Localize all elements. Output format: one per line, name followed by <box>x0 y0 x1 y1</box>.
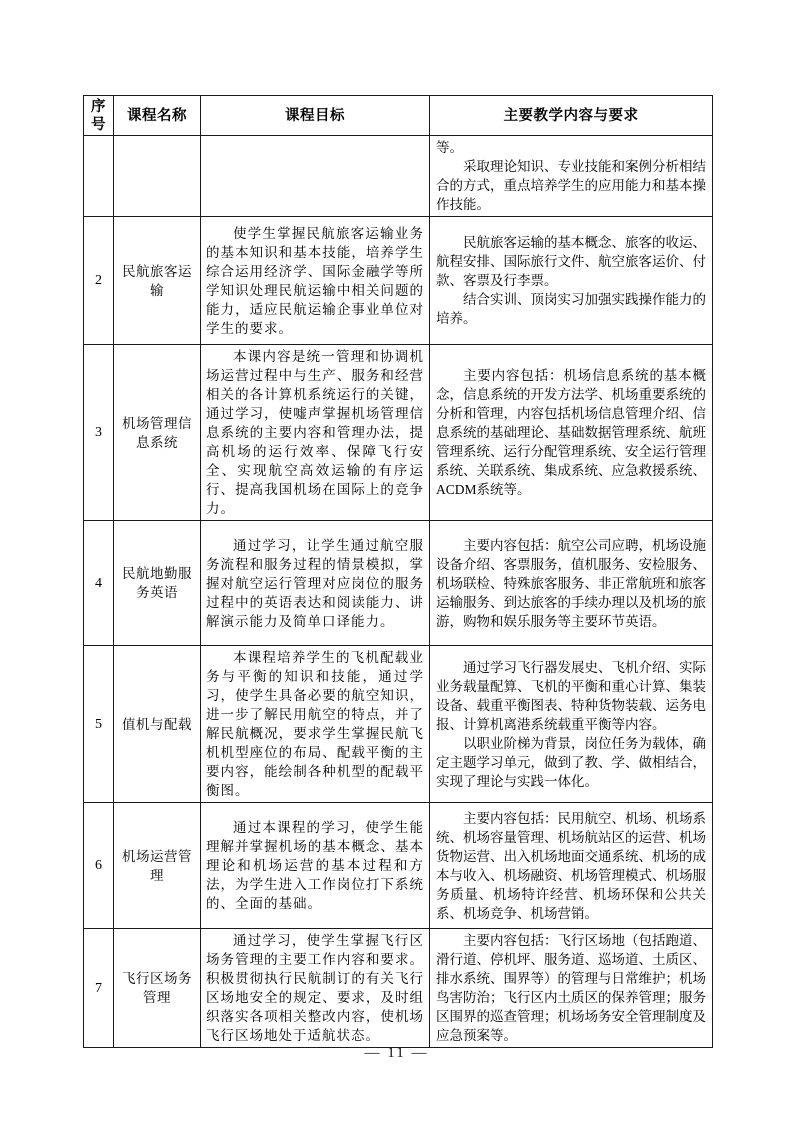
course-table: 序号 课程名称 课程目标 主要教学内容与要求 等。采取理论知识、专业技能和案例分… <box>83 95 713 1048</box>
table-row: 3机场管理信息系统本课内容是统一管理和协调机场运营过程中与生产、服务和经营相关的… <box>84 345 713 521</box>
cell-serial-number: 2 <box>84 217 114 345</box>
content-paragraph: 主要内容包括：民用航空、机场、机场系统、机场容量管理、机场航站区的运营、机场货物… <box>436 809 706 923</box>
table-row: 4民航地勤服务英语通过学习，让学生通过航空服务流程和服务过程的情景模拟，掌握对航… <box>84 521 713 646</box>
content-paragraph: 主要内容包括：飞行区场地（包括跑道、滑行道、停机坪、服务道、巡场道、土质区、排水… <box>436 931 706 1045</box>
cell-teaching-content: 通过学习飞行器发展史、飞机介绍、实际业务载量配算、飞机的平衡和重心计算、集装设备… <box>430 646 713 803</box>
objective-paragraph: 通过学习，使学生掌握飞行区场务管理的主要工作内容和要求。积极贯彻执行民航制订的有… <box>206 931 424 1045</box>
content-paragraph: 采取理论知识、专业技能和案例分析相结合的方式，重点培养学生的应用能力和基本操作技… <box>436 157 706 214</box>
cell-teaching-content: 主要内容包括：航空公司应聘，机场设施设备介绍、客票服务，值机服务、安检服务、机场… <box>430 521 713 646</box>
cell-course-name: 机场运营管理 <box>114 803 201 929</box>
objective-paragraph: 通过学习，让学生通过航空服务流程和服务过程的情景模拟，掌握对航空运行管理对应岗位… <box>206 536 424 631</box>
cell-course-objective: 通过学习，使学生掌握飞行区场务管理的主要工作内容和要求。积极贯彻执行民航制订的有… <box>201 929 430 1048</box>
content-paragraph: 主要内容包括：航空公司应聘，机场设施设备介绍、客票服务，值机服务、安检服务、机场… <box>436 536 706 631</box>
content-paragraph: 等。 <box>436 138 706 157</box>
cell-course-name: 机场管理信息系统 <box>114 345 201 521</box>
cell-course-objective: 本课内容是统一管理和协调机场运营过程中与生产、服务和经营相关的各计算机系统运行的… <box>201 345 430 521</box>
cell-serial-number: 7 <box>84 929 114 1048</box>
cell-teaching-content: 主要内容包括：民用航空、机场、机场系统、机场容量管理、机场航站区的运营、机场货物… <box>430 803 713 929</box>
cell-course-objective: 通过本课程的学习，使学生能理解并掌握机场的基本概念、基本理论和机场运营的基本过程… <box>201 803 430 929</box>
document-page: 序号 课程名称 课程目标 主要教学内容与要求 等。采取理论知识、专业技能和案例分… <box>0 0 793 1122</box>
header-course-name: 课程名称 <box>114 96 201 136</box>
objective-paragraph: 本课程培养学生的飞机配载业务与平衡的知识和技能，通过学习，使学生具备必要的航空知… <box>206 648 424 800</box>
header-serial-number: 序号 <box>84 96 114 136</box>
cell-course-objective <box>201 136 430 217</box>
cell-serial-number: 3 <box>84 345 114 521</box>
cell-serial-number: 4 <box>84 521 114 646</box>
cell-serial-number: 5 <box>84 646 114 803</box>
cell-teaching-content: 等。采取理论知识、专业技能和案例分析相结合的方式，重点培养学生的应用能力和基本操… <box>430 136 713 217</box>
table-row: 等。采取理论知识、专业技能和案例分析相结合的方式，重点培养学生的应用能力和基本操… <box>84 136 713 217</box>
page-number-text: — 11 — <box>365 1045 429 1061</box>
cell-serial-number: 6 <box>84 803 114 929</box>
objective-paragraph: 使学生掌握民航旅客运输业务的基本知识和基本技能，培养学生综合运用经济学、国际金融… <box>206 224 424 338</box>
table-row: 7飞行区场务管理通过学习，使学生掌握飞行区场务管理的主要工作内容和要求。积极贯彻… <box>84 929 713 1048</box>
cell-course-name: 值机与配载 <box>114 646 201 803</box>
header-teaching-content: 主要教学内容与要求 <box>430 96 713 136</box>
cell-teaching-content: 主要内容包括：飞行区场地（包括跑道、滑行道、停机坪、服务道、巡场道、土质区、排水… <box>430 929 713 1048</box>
cell-course-name: 民航旅客运输 <box>114 217 201 345</box>
cell-course-objective: 本课程培养学生的飞机配载业务与平衡的知识和技能，通过学习，使学生具备必要的航空知… <box>201 646 430 803</box>
content-paragraph: 民航旅客运输的基本概念、旅客的收运、航程安排、国际旅行文件、航空旅客运价、付款、… <box>436 233 706 290</box>
page-number: — 11 — <box>0 1045 793 1062</box>
course-table-body: 等。采取理论知识、专业技能和案例分析相结合的方式，重点培养学生的应用能力和基本操… <box>84 136 713 1048</box>
cell-course-name <box>114 136 201 217</box>
content-paragraph: 结合实训、顶岗实习加强实践操作能力的培养。 <box>436 290 706 328</box>
objective-paragraph: 通过本课程的学习，使学生能理解并掌握机场的基本概念、基本理论和机场运营的基本过程… <box>206 818 424 913</box>
content-paragraph: 通过学习飞行器发展史、飞机介绍、实际业务载量配算、飞机的平衡和重心计算、集装设备… <box>436 658 706 734</box>
content-paragraph: 主要内容包括：机场信息系统的基本概念，信息系统的开发方法学、机场重要系统的分析和… <box>436 366 706 499</box>
table-header-row: 序号 课程名称 课程目标 主要教学内容与要求 <box>84 96 713 136</box>
cell-course-name: 民航地勤服务英语 <box>114 521 201 646</box>
objective-paragraph: 本课内容是统一管理和协调机场运营过程中与生产、服务和经营相关的各计算机系统运行的… <box>206 347 424 518</box>
cell-teaching-content: 主要内容包括：机场信息系统的基本概念，信息系统的开发方法学、机场重要系统的分析和… <box>430 345 713 521</box>
table-row: 6机场运营管理通过本课程的学习，使学生能理解并掌握机场的基本概念、基本理论和机场… <box>84 803 713 929</box>
content-paragraph: 以职业阶梯为背景，岗位任务为载体，确定主题学习单元，做到了教、学、做相结合，实现… <box>436 734 706 791</box>
table-row: 5值机与配载本课程培养学生的飞机配载业务与平衡的知识和技能，通过学习，使学生具备… <box>84 646 713 803</box>
cell-course-objective: 使学生掌握民航旅客运输业务的基本知识和基本技能，培养学生综合运用经济学、国际金融… <box>201 217 430 345</box>
header-course-objective: 课程目标 <box>201 96 430 136</box>
cell-course-objective: 通过学习，让学生通过航空服务流程和服务过程的情景模拟，掌握对航空运行管理对应岗位… <box>201 521 430 646</box>
table-row: 2民航旅客运输使学生掌握民航旅客运输业务的基本知识和基本技能，培养学生综合运用经… <box>84 217 713 345</box>
cell-teaching-content: 民航旅客运输的基本概念、旅客的收运、航程安排、国际旅行文件、航空旅客运价、付款、… <box>430 217 713 345</box>
cell-serial-number <box>84 136 114 217</box>
cell-course-name: 飞行区场务管理 <box>114 929 201 1048</box>
